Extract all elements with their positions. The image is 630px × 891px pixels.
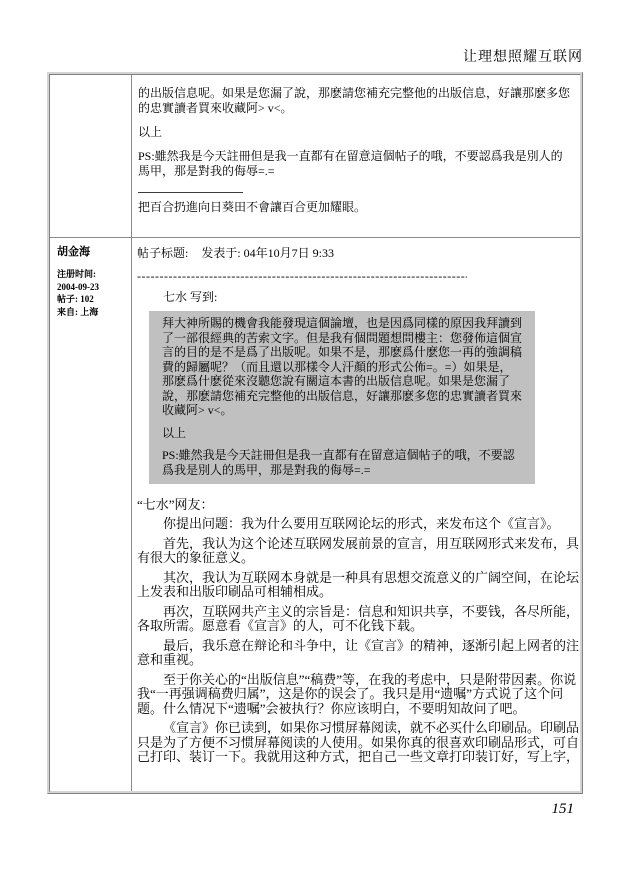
- author-registration-date: 2004-09-23: [57, 281, 129, 294]
- author-meta: 注册时间: 2004-09-23 帖子: 102 来自: 上海: [57, 268, 129, 318]
- author-registration-label: 注册时间:: [57, 268, 129, 281]
- author-location: 来自: 上海: [57, 306, 129, 319]
- document-page: 让理想照耀互联网 的出版信息呢。如果是您漏了說，那麽請您補充完整他的出版信息，好…: [0, 0, 630, 891]
- post-header-line: 帖子标题:发表于: 04年10月7日 9:33: [137, 246, 580, 261]
- page-number: 151: [552, 801, 575, 818]
- prev-post-paragraph-3: PS:雖然我是今天註冊但是我一直都有在留意這個帖子的哦，不要認爲我是別人的馬甲，…: [138, 149, 572, 179]
- reply-paragraph-4: 再次，互联网共产主义的宗旨是：信息和知识共享，不要钱，各尽所能，各取所需。愿意看…: [137, 605, 579, 634]
- post-body-cell: 帖子标题:发表于: 04年10月7日 9:33 ----------------…: [132, 238, 580, 791]
- author-cell-empty: [50, 75, 132, 238]
- reply-paragraph-1: 你提出问题：我为什么要用互联网论坛的形式，来发布这个《宣言》。: [137, 517, 579, 532]
- quote-author-line: 七水 写到:: [163, 290, 580, 305]
- prev-post-paragraph-1: 的出版信息呢。如果是您漏了說，那麽請您補充完整他的出版信息，好讓那麽多您的忠實讀…: [138, 86, 572, 116]
- author-info-cell: 胡金海 注册时间: 2004-09-23 帖子: 102 来自: 上海: [50, 238, 132, 791]
- reply-paragraph-6: 至于你关心的“出版信息”“稿费”等，在我的考虑中，只是附带因素。你说我“一再强调…: [137, 673, 579, 717]
- quoted-post-block: 拜大神所賜的機會我能發現這個論壇，也是因爲同樣的原因我拜讀到了一部很經典的苦索文…: [149, 311, 535, 484]
- reply-paragraph-2: 首先，我认为这个论述互联网发展前景的宣言，用互联网形式来发布，具有很大的象征意义…: [137, 537, 579, 566]
- dashed-divider: ----------------------------------------…: [137, 269, 467, 283]
- quote-paragraph-1: 拜大神所賜的機會我能發現這個論壇，也是因爲同樣的原因我拜讀到了一部很經典的苦索文…: [162, 316, 522, 418]
- signature-text: 把百合扔進向日葵田不會讓百合更加耀眼。: [138, 200, 572, 215]
- reply-paragraph-3: 其次，我认为互联网本身就是一种具有思想交流意义的广阔空间，在论坛上发表和出版印刷…: [137, 571, 579, 600]
- post-date: 发表于: 04年10月7日 9:33: [201, 246, 334, 260]
- author-username: 胡金海: [57, 246, 129, 259]
- prev-post-paragraph-2: 以上: [138, 125, 572, 140]
- post-title-label: 帖子标题:: [137, 246, 188, 260]
- quote-paragraph-2: 以上: [162, 426, 522, 441]
- reply-salutation: “七水”网友：: [137, 497, 580, 512]
- prev-post-body: 的出版信息呢。如果是您漏了說，那麽請您補充完整他的出版信息，好讓那麽多您的忠實讀…: [132, 75, 580, 238]
- signature-divider: [138, 192, 243, 193]
- forum-post-table: 的出版信息呢。如果是您漏了說，那麽請您補充完整他的出版信息，好讓那麽多您的忠實讀…: [47, 72, 583, 794]
- reply-paragraph-5: 最后，我乐意在辩论和斗争中，让《宣言》的精神，逐渐引起上网者的注意和重视。: [137, 639, 579, 668]
- reply-paragraph-7: 《宣言》你已读到，如果你习惯屏幕阅读，就不必买什么印刷品。印刷品只是为了方便不习…: [137, 721, 579, 765]
- page-header-title: 让理想照耀互联网: [463, 50, 583, 66]
- author-post-count: 帖子: 102: [57, 293, 129, 306]
- quote-paragraph-3: PS:雖然我是今天註冊但是我一直都有在留意這個帖子的哦，不要認爲我是別人的馬甲，…: [162, 448, 522, 477]
